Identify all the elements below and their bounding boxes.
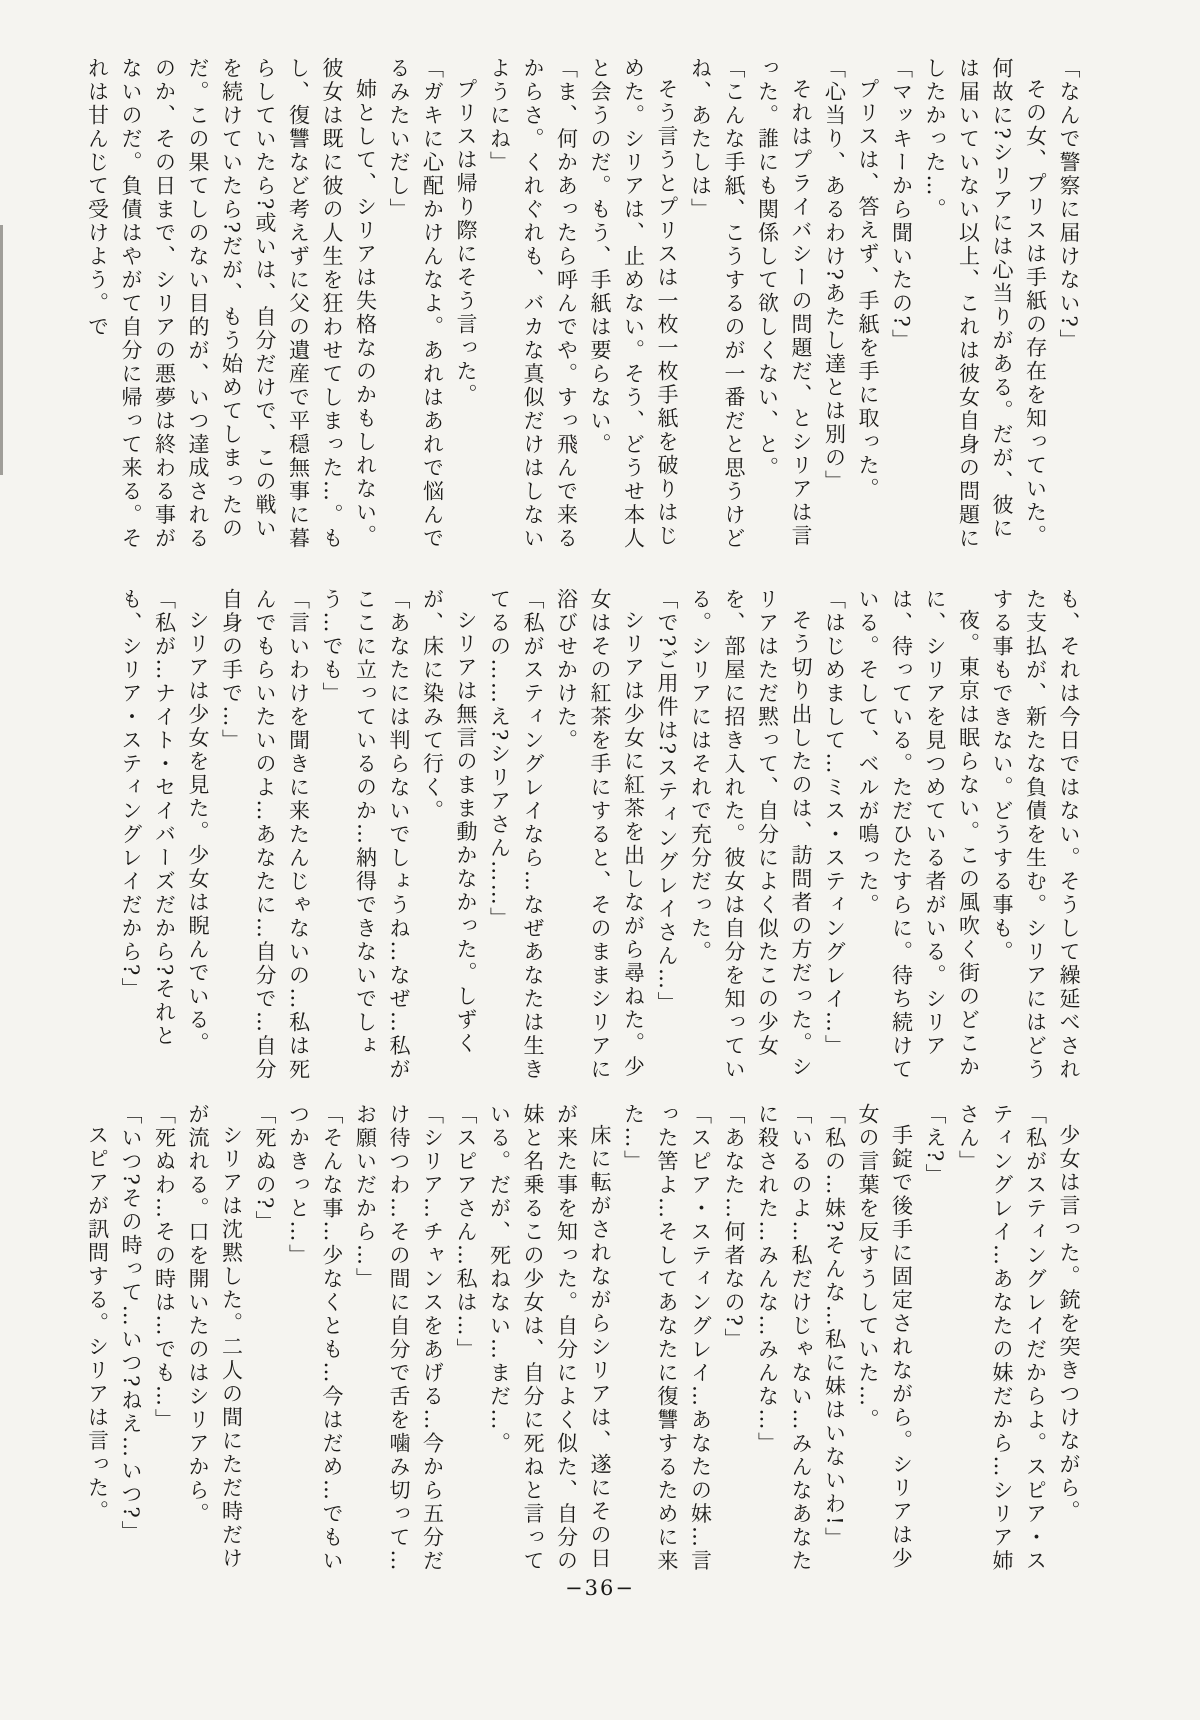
paragraph: 「いるのよ…私だけじゃない…みんなあなたに殺された…みんな…みんな…」 bbox=[750, 1103, 817, 1573]
paragraph: シリアは少女に紅茶を出しながら尋ねた。少女はその紅茶を手にすると、そのままシリア… bbox=[549, 588, 650, 1082]
paragraph: 「いつ?その時って…いつ?ねえ…いつ?」 bbox=[114, 1103, 148, 1573]
paragraph: 「そんな事…少なくとも…今はだめ…でもいつかきっと…」 bbox=[281, 1103, 348, 1573]
paragraph: 「はじめまして…ミス・スティングレイ…」 bbox=[817, 588, 851, 1082]
scanned-novel-page: 「なんで警察に届けない?」その女、プリスは手紙の存在を知っていた。何故に?シリア… bbox=[0, 0, 1200, 1720]
scan-edge-artifact bbox=[0, 225, 3, 475]
paragraph: 「ガキに心配かけんなよ。あれはあれで悩んでるみたいだし」 bbox=[382, 57, 449, 551]
paragraph: 夜。東京は眠らない。この風吹く街のどこかに、シリアを見つめている者がいる。シリア… bbox=[851, 588, 985, 1082]
paragraph: 「私がスティングレイなら…なぜあなたは生きてるの……え?シリアさん……」 bbox=[482, 588, 549, 1082]
paragraph: 「私がスティングレイだからよ。スピア・スティングレイ…あなたの妹だから…シリア姉… bbox=[951, 1103, 1052, 1573]
paragraph: シリアは少女を見た。少女は睨んでいる。 bbox=[181, 588, 215, 1082]
paragraph: 「言いわけを聞きに来たんじゃないの…私は死んでもらいたいのよ…あなたに…自分で…… bbox=[214, 588, 315, 1082]
paragraph: 「私が…ナイト・セイバーズだから?それとも、シリア・スティングレイだから?」 bbox=[114, 588, 181, 1082]
paragraph: 「シリア…チャンスをあげる…今から五分だけ待つわ…その間に自分で舌を噛み切って…… bbox=[348, 1103, 449, 1573]
paragraph: 「こんな手紙、こうするのが一番だと思うけどね、あたしは」 bbox=[683, 57, 750, 551]
paragraph: そう言うとプリスは一枚一枚手紙を破りはじめた。シリアは、止めない。そう、どうせ本… bbox=[583, 57, 684, 551]
paragraph: シリアは沈黙した。二人の間にただ時だけが流れる。口を開いたのはシリアから。 bbox=[181, 1103, 248, 1573]
paragraph: そう切り出したのは、訪問者の方だった。シリアはただ黙って、自分によく似たこの少女… bbox=[683, 588, 817, 1082]
paragraph: 「死ぬわ…その時は…でも…」 bbox=[147, 1103, 181, 1573]
paragraph: 「私の…妹?そんな…私に妹はいないわ!」 bbox=[817, 1103, 851, 1573]
page-number: −36− bbox=[0, 1576, 1200, 1600]
paragraph: 「なんで警察に届けない?」 bbox=[1052, 57, 1086, 551]
paragraph: 姉として、シリアは失格なのかもしれない。彼女は既に彼の人生を狂わせてしまった…。… bbox=[80, 57, 382, 551]
paragraph: 「マッキーから聞いたの?」 bbox=[884, 57, 918, 551]
paragraph: 「あなたには判らないでしょうね…なぜ…私がここに立っているのか…納得できないでし… bbox=[315, 588, 416, 1082]
paragraph: 「で?ご用件は?スティングレイさん…」 bbox=[650, 588, 684, 1082]
paragraph: 「心当り、あるわけ?あたし達とは別の」 bbox=[817, 57, 851, 551]
paragraph: その女、プリスは手紙の存在を知っていた。何故に?シリアには心当りがある。だが、彼… bbox=[918, 57, 1052, 551]
paragraph: 手錠で後手に固定されながら。シリアは少女の言葉を反すうしていた…。 bbox=[851, 1103, 918, 1573]
paragraph: も、それは今日ではない。そうして繰延べされた支払が、新たな負債を生む。シリアには… bbox=[985, 588, 1086, 1082]
text-band-middle: も、それは今日ではない。そうして繰延べされた支払が、新たな負債を生む。シリアには… bbox=[114, 588, 1086, 1082]
paragraph: 「あなた…何者なの?」 bbox=[717, 1103, 751, 1573]
paragraph: それはプライバシーの問題だ、とシリアは言った。誰にも関係して欲しくない、と。 bbox=[750, 57, 817, 551]
paragraph: 「え?」 bbox=[918, 1103, 952, 1573]
paragraph: 「スピアさん…私は…」 bbox=[449, 1103, 483, 1573]
paragraph: 「スピア・スティングレイ…あなたの妹…言った筈よ…そしてあなたに復讐するために来… bbox=[616, 1103, 717, 1573]
paragraph: 少女は言った。銃を突きつけながら。 bbox=[1052, 1103, 1086, 1573]
paragraph: プリスは、答えず、手紙を手に取った。 bbox=[851, 57, 885, 551]
paragraph: 「死ぬの?」 bbox=[248, 1103, 282, 1573]
text-band-bottom: 少女は言った。銃を突きつけながら。「私がスティングレイだからよ。スピア・スティン… bbox=[80, 1103, 1085, 1573]
paragraph: プリスは帰り際にそう言った。 bbox=[449, 57, 483, 551]
paragraph: シリアは無言のまま動かなかった。しずくが、床に染みて行く。 bbox=[415, 588, 482, 1082]
paragraph: 床に転がされながらシリアは、遂にその日が来た事を知った。自分によく似た、自分の妹… bbox=[482, 1103, 616, 1573]
paragraph: 「ま、何かあったら呼んでや。すっ飛んで来るからさ。くれぐれも、バカな真似だけはし… bbox=[482, 57, 583, 551]
text-band-top: 「なんで警察に届けない?」その女、プリスは手紙の存在を知っていた。何故に?シリア… bbox=[80, 57, 1085, 551]
paragraph: スピアが訊問する。シリアは言った。 bbox=[80, 1103, 114, 1573]
